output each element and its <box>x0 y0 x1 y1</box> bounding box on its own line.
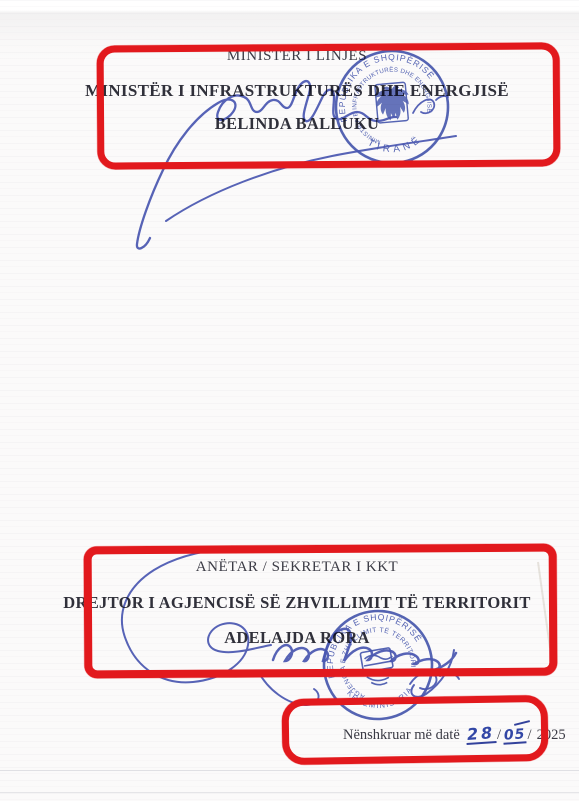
scanned-document-page: MINISTËR I LINJËS MINISTËR I INFRASTRUKT… <box>0 0 579 801</box>
agency-stamp-seal-icon: REPUBLIKA E SHQIPËRISË AGJENCIA E ZHVILL… <box>320 607 435 722</box>
ink-layer: REPUBLIKA E SHQIPËRISË MINISTRIA E INFRA… <box>0 0 579 801</box>
pencil-smudge-artifact <box>538 562 550 648</box>
signature-minister-icon <box>137 81 456 248</box>
